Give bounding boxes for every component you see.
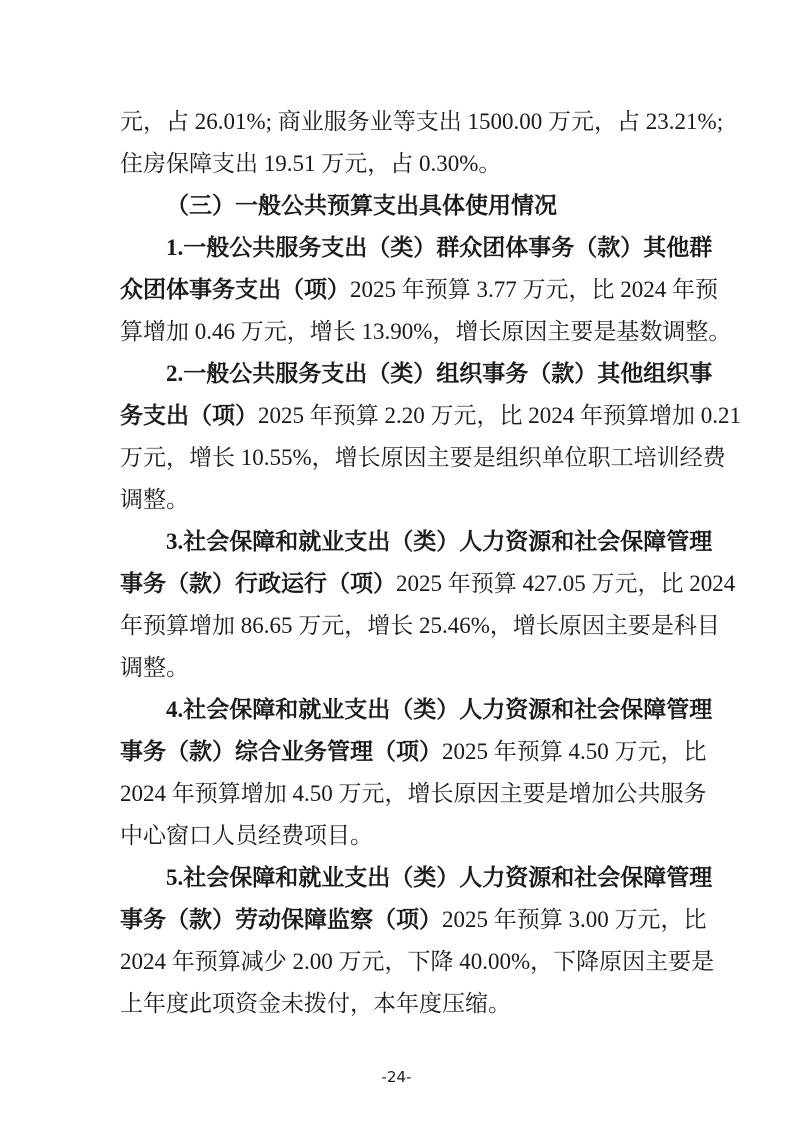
page-number: -24- (0, 1068, 793, 1086)
item-text: 2025 年预算 3.77 万元，比 2024 年预 (350, 277, 718, 302)
item-line: 2024 年预算增加 4.50 万元，增长原因主要是增加公共服务 (120, 773, 674, 815)
item-line: 事务（款）行政运行（项）2025 年预算 427.05 万元，比 2024 (120, 563, 674, 605)
item-title: 众团体事务支出（项） (120, 277, 350, 302)
budget-item-2: 2.一般公共服务支出（类）组织事务（款）其他组织事 务支出（项）2025 年预算… (120, 353, 674, 521)
item-line: 4.社会保障和就业支出（类）人力资源和社会保障管理 (120, 689, 674, 731)
item-line: 5.社会保障和就业支出（类）人力资源和社会保障管理 (120, 857, 674, 899)
item-line: 2024 年预算减少 2.00 万元，下降 40.00%，下降原因主要是 (120, 941, 674, 983)
budget-item-3: 3.社会保障和就业支出（类）人力资源和社会保障管理 事务（款）行政运行（项）20… (120, 521, 674, 689)
item-line: 上年度此项资金未拨付，本年度压缩。 (120, 983, 674, 1025)
item-line: 务支出（项）2025 年预算 2.20 万元，比 2024 年预算增加 0.21 (120, 395, 674, 437)
item-line: 3.社会保障和就业支出（类）人力资源和社会保障管理 (120, 521, 674, 563)
item-line: 调整。 (120, 479, 674, 521)
item-line: 中心窗口人员经费项目。 (120, 815, 674, 857)
budget-item-4: 4.社会保障和就业支出（类）人力资源和社会保障管理 事务（款）综合业务管理（项）… (120, 689, 674, 857)
item-line: 2.一般公共服务支出（类）组织事务（款）其他组织事 (120, 353, 674, 395)
body-line: 住房保障支出 19.51 万元，占 0.30%。 (120, 143, 674, 185)
document-page: 元，占 26.01%; 商业服务业等支出 1500.00 万元，占 23.21%… (120, 101, 674, 1025)
item-text: 2025 年预算 4.50 万元，比 (442, 739, 707, 764)
item-text: 2025 年预算 2.20 万元，比 2024 年预算增加 0.21 (258, 403, 741, 428)
item-title: 3.社会保障和就业支出（类）人力资源和社会保障管理 (166, 529, 712, 554)
item-title: 务支出（项） (120, 403, 258, 428)
budget-item-5: 5.社会保障和就业支出（类）人力资源和社会保障管理 事务（款）劳动保障监察（项）… (120, 857, 674, 1025)
item-line: 事务（款）劳动保障监察（项）2025 年预算 3.00 万元，比 (120, 899, 674, 941)
item-line: 1.一般公共服务支出（类）群众团体事务（款）其他群 (120, 227, 674, 269)
item-text: 2025 年预算 3.00 万元，比 (442, 907, 707, 932)
item-line: 万元，增长 10.55%，增长原因主要是组织单位职工培训经费 (120, 437, 674, 479)
item-title: 事务（款）综合业务管理（项） (120, 739, 442, 764)
item-title: 5.社会保障和就业支出（类）人力资源和社会保障管理 (166, 865, 712, 890)
item-line: 算增加 0.46 万元，增长 13.90%，增长原因主要是基数调整。 (120, 311, 674, 353)
item-line: 众团体事务支出（项）2025 年预算 3.77 万元，比 2024 年预 (120, 269, 674, 311)
item-title: 事务（款）行政运行（项） (120, 571, 396, 596)
section-heading: （三）一般公共预算支出具体使用情况 (120, 185, 674, 227)
item-title: 2.一般公共服务支出（类）组织事务（款）其他组织事 (166, 361, 712, 386)
item-title: 4.社会保障和就业支出（类）人力资源和社会保障管理 (166, 697, 712, 722)
item-line: 事务（款）综合业务管理（项）2025 年预算 4.50 万元，比 (120, 731, 674, 773)
body-line: 元，占 26.01%; 商业服务业等支出 1500.00 万元，占 23.21%… (120, 101, 674, 143)
item-title: 1.一般公共服务支出（类）群众团体事务（款）其他群 (166, 235, 712, 260)
item-title: 事务（款）劳动保障监察（项） (120, 907, 442, 932)
item-text: 2025 年预算 427.05 万元，比 2024 (396, 571, 735, 596)
item-line: 调整。 (120, 647, 674, 689)
budget-item-1: 1.一般公共服务支出（类）群众团体事务（款）其他群 众团体事务支出（项）2025… (120, 227, 674, 353)
item-line: 年预算增加 86.65 万元，增长 25.46%，增长原因主要是科目 (120, 605, 674, 647)
